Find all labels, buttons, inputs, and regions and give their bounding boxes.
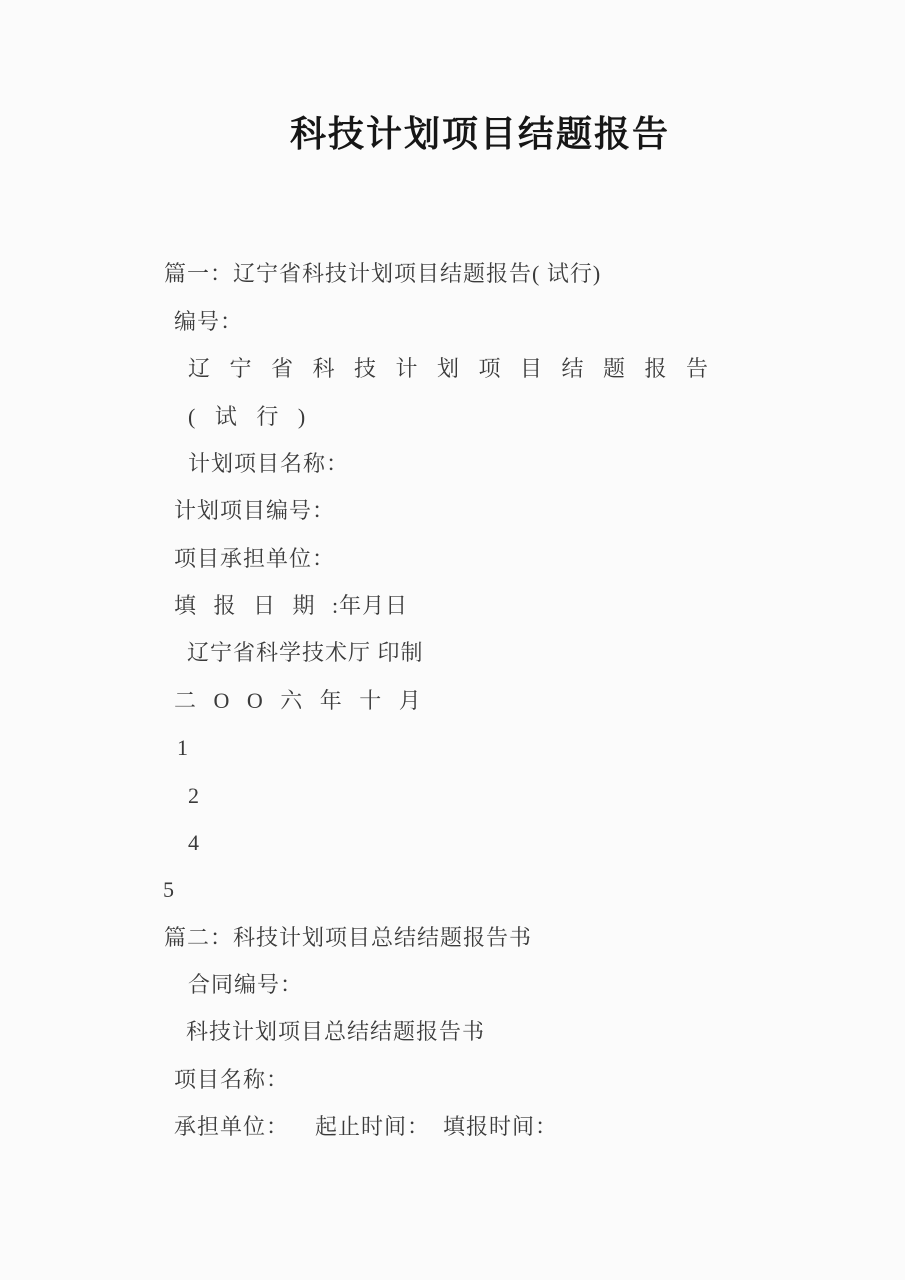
form-title-liaoning-report: 辽 宁 省 科 技 计 划 项 目 结 题 报 告 — [188, 357, 709, 381]
print-date: 二 O O 六 年 十 月 — [174, 689, 422, 713]
field-plan-project-number: 计划项目编号： — [174, 499, 335, 523]
page-number-2: 2 — [188, 784, 200, 808]
field-contract-number: 合同编号： — [188, 973, 303, 997]
printer-attribution: 辽宁省科学技术厅 印制 — [187, 641, 424, 665]
section2-heading: 篇二：科技计划项目总结结题报告书 — [164, 926, 532, 950]
field-project-name: 项目名称： — [174, 1068, 289, 1092]
field-number-label: 编号： — [174, 310, 243, 334]
field-plan-project-name: 计划项目名称： — [188, 452, 349, 476]
form-title-trial-suffix: ( 试 行 ) — [188, 405, 306, 429]
field-undertaking-unit: 项目承担单位： — [174, 547, 335, 571]
field-unit-time-row: 承担单位： 起止时间： 填报时间： — [174, 1115, 558, 1139]
form-title-summary-report: 科技计划项目总结结题报告书 — [186, 1020, 485, 1044]
page-number-5: 5 — [163, 878, 175, 902]
section1-heading: 篇一：辽宁省科技计划项目结题报告( 试行) — [164, 262, 601, 286]
page-number-1: 1 — [177, 736, 189, 760]
document-page: 科技计划项目结题报告 篇一：辽宁省科技计划项目结题报告( 试行) 编号： 辽 宁… — [0, 0, 905, 1280]
document-title: 科技计划项目结题报告 — [290, 106, 670, 157]
field-fill-date: 填 报 日 期 :年月日 — [174, 594, 408, 618]
page-number-4: 4 — [188, 831, 200, 855]
